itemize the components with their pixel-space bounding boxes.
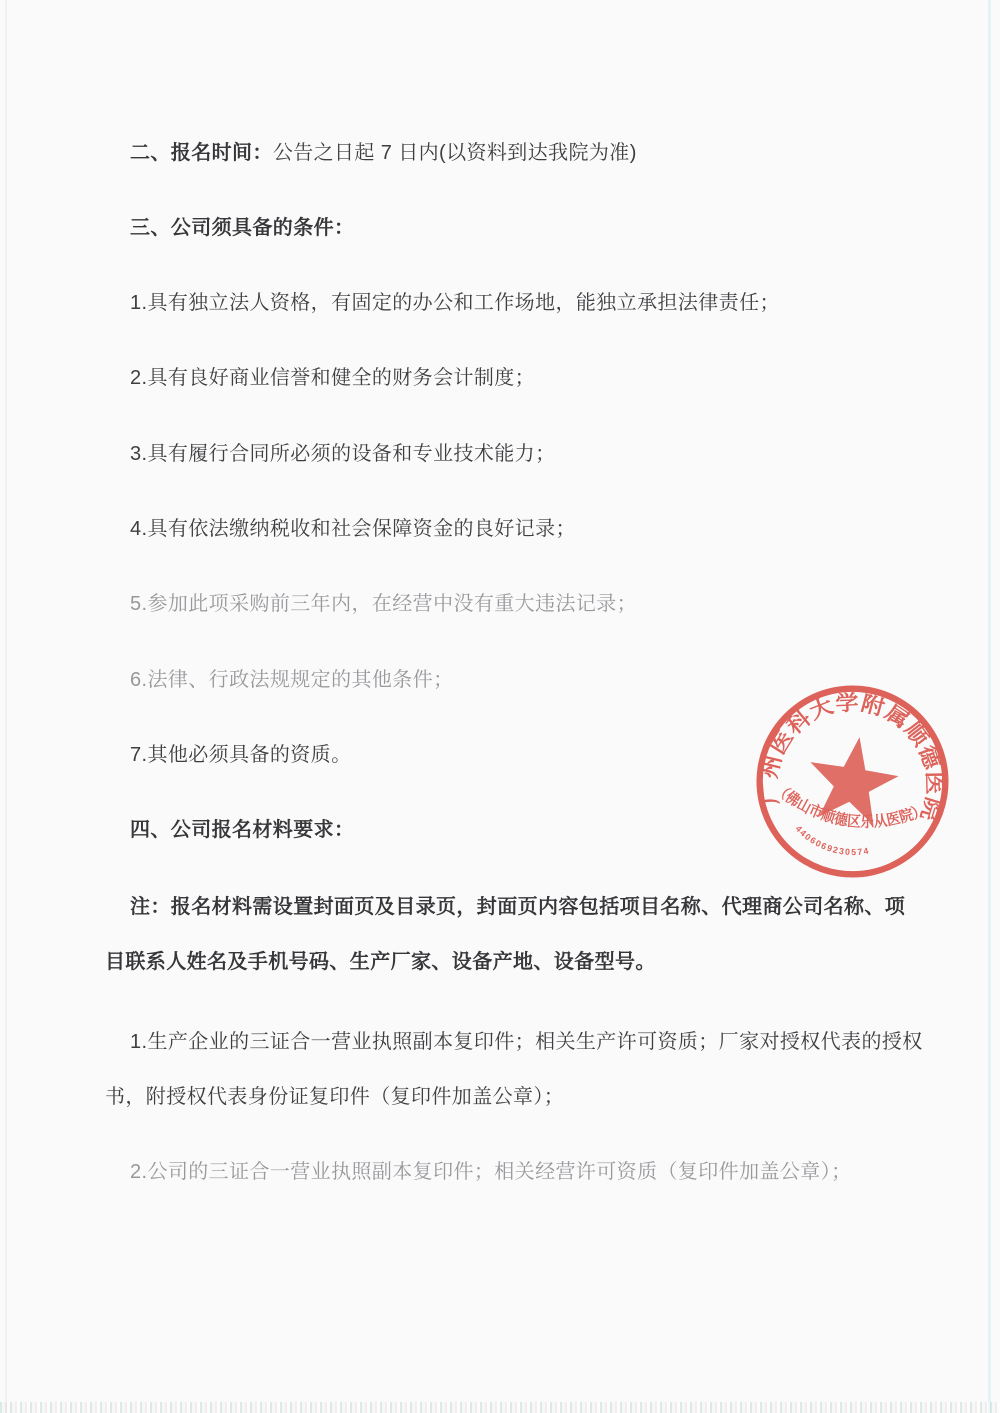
section4-heading: 四、公司报名材料要求： [105, 803, 923, 858]
material-item-2: 2.公司的三证合一营业执照副本复印件；相关经营许可资质（复印件加盖公章）； [105, 1145, 923, 1200]
page-bottom-pattern [0, 1402, 1000, 1413]
condition-item-1: 1.具有独立法人资格，有固定的办公和工作场地，能独立承担法律责任； [105, 276, 923, 331]
document-page: 二、报名时间：公告之日起 7 日内(以资料到达我院为准) 三、公司须具备的条件：… [0, 0, 1000, 1413]
registration-time-value: 公告之日起 7 日内(以资料到达我院为准) [273, 142, 637, 164]
condition-item-2: 2.具有良好商业信誉和健全的财务会计制度； [105, 351, 923, 406]
paragraph-registration-time: 二、报名时间：公告之日起 7 日内(以资料到达我院为准) [105, 126, 923, 181]
condition-item-5: 5.参加此项采购前三年内，在经营中没有重大违法记录； [105, 577, 923, 632]
condition-item-4: 4.具有依法缴纳税收和社会保障资金的良好记录； [105, 502, 923, 557]
material-item-1: 1.生产企业的三证合一营业执照副本复印件；相关生产许可资质；厂家对授权代表的授权… [105, 1015, 923, 1125]
section3-heading: 三、公司须具备的条件： [105, 201, 923, 256]
registration-time-label: 二、报名时间： [130, 142, 273, 164]
materials-note: 注：报名材料需设置封面页及目录页，封面页内容包括项目名称、代理商公司名称、项目联… [105, 880, 923, 990]
condition-item-7: 7.其他必须具备的资质。 [105, 728, 923, 783]
page-right-edge [988, 0, 991, 1413]
page-left-edge [5, 0, 7, 1413]
condition-item-3: 3.具有履行合同所必须的设备和专业技术能力； [105, 427, 923, 482]
condition-item-6: 6.法律、行政法规规定的其他条件； [105, 653, 923, 708]
